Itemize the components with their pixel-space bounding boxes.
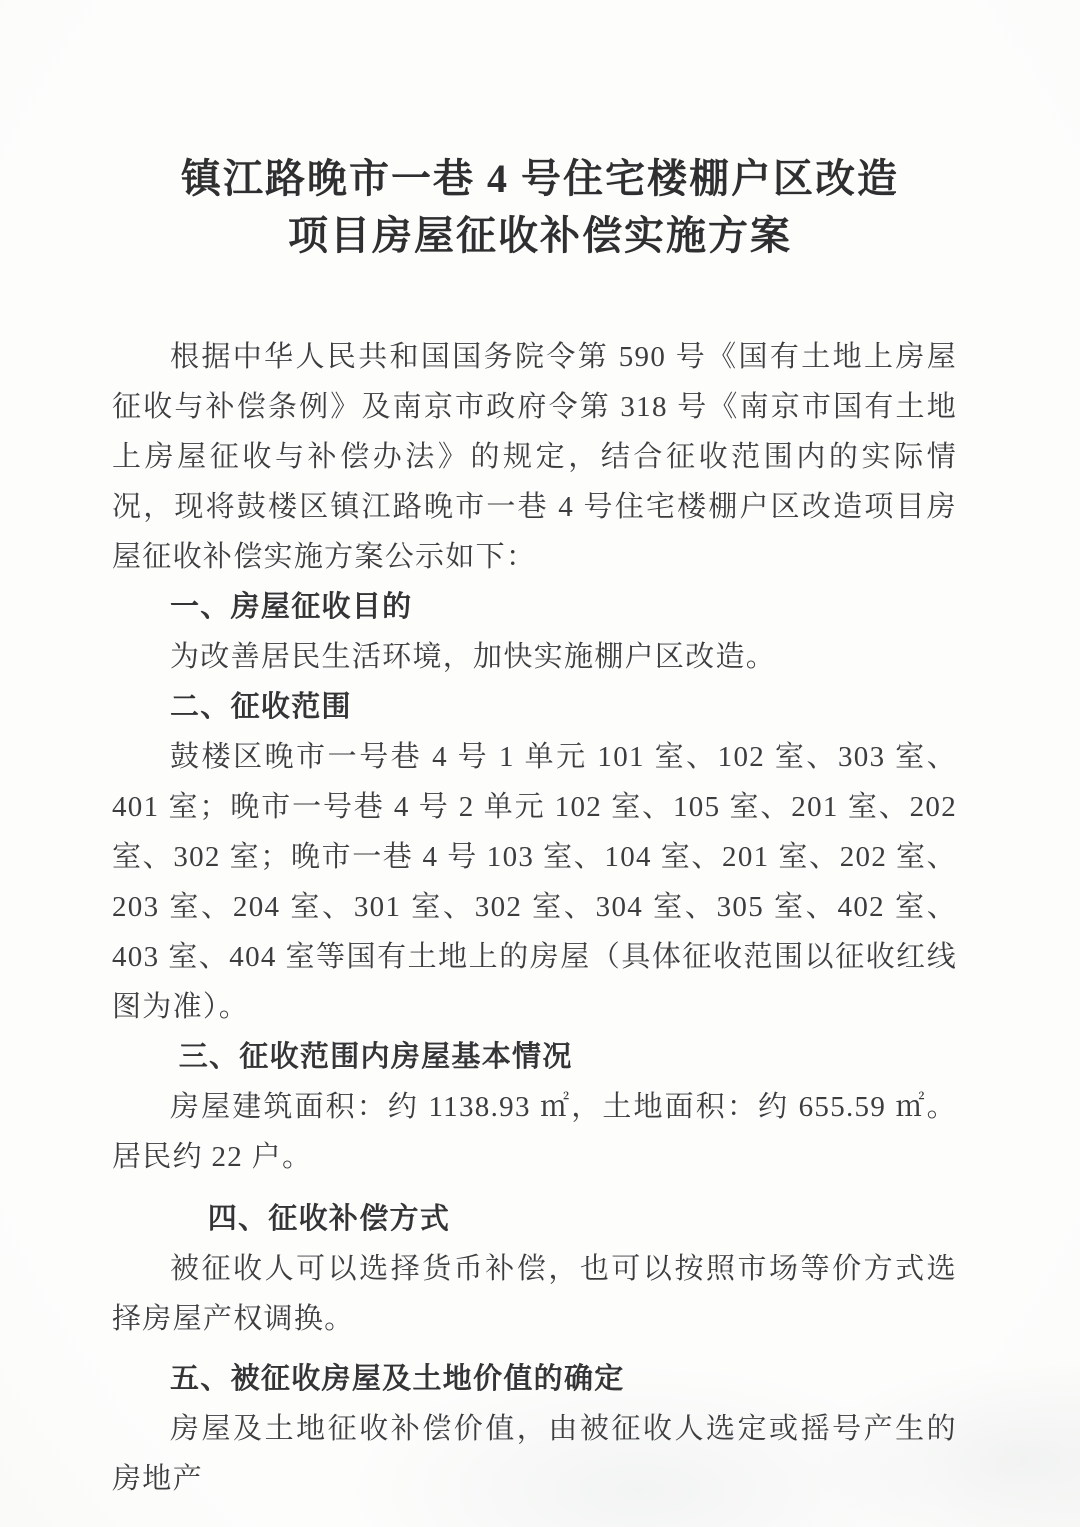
section-5-heading: 五、被征收房屋及土地价值的确定 — [112, 1354, 957, 1404]
section-3-paragraph: 房屋建筑面积：约 1138.93 ㎡，土地面积：约 655.59 ㎡。居民约 2… — [112, 1082, 957, 1182]
section-4-paragraph: 被征收人可以选择货币补偿，也可以按照市场等价方式选择房屋产权调换。 — [112, 1244, 957, 1344]
document-title: 镇江路晚市一巷 4 号住宅楼棚户区改造 项目房屋征收补偿实施方案 — [90, 150, 990, 264]
section-2-heading: 二、征收范围 — [112, 682, 957, 732]
section-3-heading: 三、征收范围内房屋基本情况 — [112, 1032, 957, 1082]
section-4-heading: 四、征收补偿方式 — [112, 1194, 957, 1244]
intro-paragraph: 根据中华人民共和国国务院令第 590 号《国有土地上房屋征收与补偿条例》及南京市… — [112, 332, 957, 582]
document-title-line-1: 镇江路晚市一巷 4 号住宅楼棚户区改造 — [90, 150, 990, 207]
section-1-heading: 一、房屋征收目的 — [112, 582, 957, 632]
document-body: 根据中华人民共和国国务院令第 590 号《国有土地上房屋征收与补偿条例》及南京市… — [112, 332, 957, 1504]
section-2-paragraph: 鼓楼区晚市一号巷 4 号 1 单元 101 室、102 室、303 室、401 … — [112, 732, 957, 1032]
document-title-line-2: 项目房屋征收补偿实施方案 — [90, 207, 990, 264]
section-1-paragraph: 为改善居民生活环境，加快实施棚户区改造。 — [112, 632, 957, 682]
scanned-document-page: 镇江路晚市一巷 4 号住宅楼棚户区改造 项目房屋征收补偿实施方案 根据中华人民共… — [0, 0, 1080, 1527]
section-5-paragraph: 房屋及土地征收补偿价值，由被征收人选定或摇号产生的房地产 — [112, 1404, 957, 1504]
